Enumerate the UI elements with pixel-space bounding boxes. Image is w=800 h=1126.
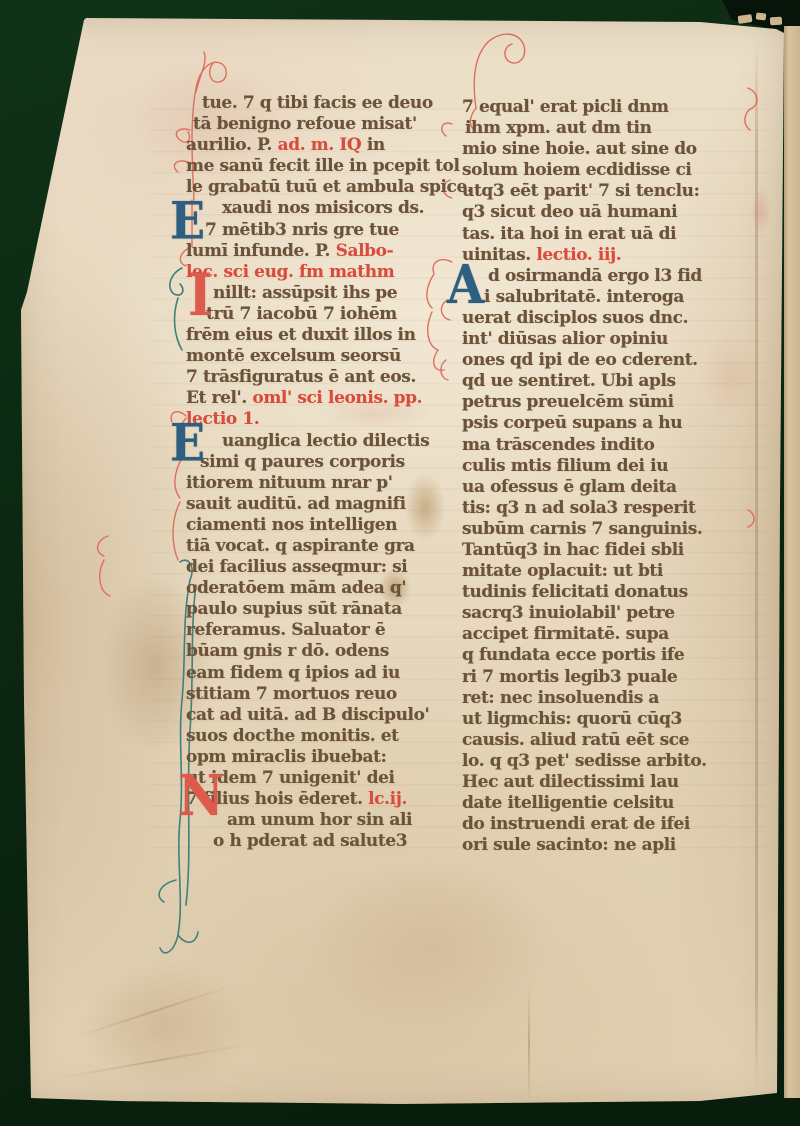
body-text: tis: q3 n ad sola3 resperit (462, 498, 695, 518)
body-text: referamus. Saluator ē (186, 620, 385, 640)
manuscript-text-line: uanglica lectio dilectis (186, 431, 474, 452)
body-text: uerat disciplos suos dnc. (462, 308, 688, 328)
manuscript-text-line: referamus. Saluator ē (186, 620, 474, 641)
rubric-text: lc.ij. (368, 789, 407, 809)
manuscript-text-line: sacrq3 inuiolabil' petre (462, 603, 750, 624)
body-text: 7 equal' erat picli dnm (462, 97, 669, 117)
rubric-text: lec. sci eug. fm mathm (186, 262, 394, 282)
manuscript-text-line: tudinis felicitati donatus (462, 582, 750, 603)
manuscript-text-line: mio sine hoie. aut sine do (462, 139, 750, 160)
manuscript-text-line: Et rel'. oml' sci leonis. pp. (186, 388, 474, 409)
body-text: paulo supius sūt rānata (186, 599, 402, 619)
manuscript-text-line: q3 sicut deo uā humani (462, 202, 750, 223)
body-text: ut ligmchis: quorū cūq3 (462, 709, 682, 729)
body-text: psis corpeū supans a hu (462, 413, 682, 433)
body-text: eam fidem q ipios ad iu (186, 663, 400, 683)
body-text: nillt: assūpsit ihs pe (213, 283, 397, 303)
manuscript-text-line: q fundata ecce portis ife (462, 645, 750, 666)
manuscript-text-line: ciamenti nos intelligen (186, 515, 474, 536)
body-text: in (361, 135, 385, 155)
body-text: tā benigno refoue misat' (193, 114, 417, 134)
manuscript-text-line: mitate oplacuit: ut bti (462, 561, 750, 582)
body-text: subūm carnis 7 sanguinis. (462, 519, 702, 539)
manuscript-text-line: opm miraclis ibuebat: (186, 747, 474, 768)
body-text: itiorem nituum nrar p' (186, 473, 393, 493)
manuscript-text-line: ihm xpm. aut dm tin (462, 118, 750, 139)
body-text: utq3 eēt parit' 7 si tenclu: (462, 181, 700, 201)
body-text: cat ad uitā. ad B discipulo' (186, 705, 429, 725)
manuscript-text-line: nillt: assūpsit ihs pe (186, 283, 474, 304)
manuscript-text-line: trū 7 iacobū 7 iohēm (186, 304, 474, 325)
manuscript-text-line: stitiam 7 mortuos reuo (186, 684, 474, 705)
body-text: sacrq3 inuiolabil' petre (462, 603, 675, 623)
manuscript-text-line: d osirmandā ergo l3 fid (462, 266, 750, 287)
body-text: o h pderat ad salute3 (213, 831, 407, 851)
body-text: ciamenti nos intelligen (186, 515, 397, 535)
body-text: am unum hor sin ali (227, 810, 412, 830)
manuscript-text-line: ret: nec insoluendis a (462, 688, 750, 709)
torn-paper-bit (770, 17, 783, 26)
torn-paper-bit (756, 12, 767, 20)
manuscript-text-line: paulo supius sūt rānata (186, 599, 474, 620)
body-text: frēm eius et duxit illos in (186, 325, 416, 345)
manuscript-text-line: ri 7 mortis legib3 puale (462, 667, 750, 688)
body-text: q3 sicut deo uā humani (462, 202, 677, 222)
manuscript-text-line: 7 mētib3 nris gre tue (186, 220, 474, 241)
body-text: Et rel'. (186, 388, 252, 408)
body-text: būam gnis r dō. odens (186, 641, 389, 661)
body-text: Tantūq3 in hac fidei sbli (462, 540, 684, 560)
manuscript-text-line: suos docthe monitis. et (186, 726, 474, 747)
body-text: xaudi nos misicors ds. (222, 198, 424, 218)
manuscript-text-line: 7 trāsfiguratus ē ant eos. (186, 367, 474, 388)
body-text: ua ofessus ē glam deita (462, 477, 677, 497)
illuminated-initial-e: E (170, 417, 205, 469)
body-text: dei facilius asseqmur: si (186, 557, 407, 577)
manuscript-text-line: dei facilius asseqmur: si (186, 557, 474, 578)
manuscript-text-line: 7 equal' erat picli dnm (462, 97, 750, 118)
manuscript-text-line: xaudi nos misicors ds. (186, 198, 474, 219)
manuscript-text-line: tis: q3 n ad sola3 resperit (462, 498, 750, 519)
manuscript-photo-scene: tue. 7 q tibi facis ee deuotā benigno re… (0, 0, 800, 1126)
manuscript-text-line: subūm carnis 7 sanguinis. (462, 519, 750, 540)
manuscript-text-line: tas. ita hoi in erat uā di (462, 224, 750, 245)
body-text: tudinis felicitati donatus (462, 582, 688, 602)
body-text: ri 7 mortis legib3 puale (462, 667, 677, 687)
manuscript-text-line: 7 filius hois ēderet. lc.ij. (186, 789, 474, 810)
manuscript-text-line: tā benigno refoue misat' (186, 114, 474, 135)
body-text: tue. 7 q tibi facis ee deuo (202, 93, 433, 113)
manuscript-text-line: ut idem 7 unigenit' dei (186, 768, 474, 789)
manuscript-text-line: psis corpeū supans a hu (462, 413, 750, 434)
illuminated-initial-a: A (447, 258, 484, 312)
body-text: lo. q q3 pet' sedisse arbito. (462, 751, 707, 771)
body-text: ihm xpm. aut dm tin (465, 118, 652, 138)
body-text: ma trāscendes indito (462, 435, 654, 455)
illuminated-initial-e: E (170, 195, 205, 247)
manuscript-text-line: lec. sci eug. fm mathm (186, 262, 474, 283)
manuscript-text-line: ones qd ipi de eo cderent. (462, 350, 750, 371)
body-text: tas. ita hoi in erat uā di (462, 224, 676, 244)
body-text: d osirmandā ergo l3 fid (488, 266, 702, 286)
manuscript-text-line: i salubritatē. interoga (462, 287, 750, 308)
manuscript-text-line: do instruendi erat de ifei (462, 814, 750, 835)
manuscript-text-line: causis. aliud ratū eēt sce (462, 730, 750, 751)
body-text: q fundata ecce portis ife (462, 645, 684, 665)
body-text: aurilio. P. (186, 135, 278, 155)
body-text: suos docthe monitis. et (186, 726, 399, 746)
manuscript-text-line: am unum hor sin ali (186, 810, 474, 831)
body-text: tiā vocat. q aspirante gra (186, 536, 415, 556)
body-text: ret: nec insoluendis a (462, 688, 659, 708)
body-text: mitate oplacuit: ut bti (462, 561, 663, 581)
manuscript-text-line: frēm eius et duxit illos in (186, 325, 474, 346)
right-text-column: 7 equal' erat picli dnmihm xpm. aut dm t… (462, 97, 750, 856)
body-text: 7 mētib3 nris gre tue (205, 220, 399, 240)
body-text: qd ue sentiret. Ubi apls (462, 371, 676, 391)
manuscript-text-line: date itelligentie celsitu (462, 793, 750, 814)
body-text: sauit auditū. ad magnifi (186, 494, 406, 514)
manuscript-text-line: accipet firmitatē. supa (462, 624, 750, 645)
body-text: stitiam 7 mortuos reuo (186, 684, 397, 704)
body-text: ori sule sacinto: ne apli (462, 835, 676, 855)
manuscript-text-line: ua ofessus ē glam deita (462, 477, 750, 498)
manuscript-text-line: eam fidem q ipios ad iu (186, 663, 474, 684)
body-text: culis mtis filium dei iu (462, 456, 668, 476)
manuscript-text-line: tiā vocat. q aspirante gra (186, 536, 474, 557)
body-text: solum hoiem ecdidisse ci (462, 160, 691, 180)
body-text: mio sine hoie. aut sine do (462, 139, 697, 159)
manuscript-text-line: oderatōem mām adea q' (186, 578, 474, 599)
body-text: accipet firmitatē. supa (462, 624, 669, 644)
body-text: petrus preuelcēm sūmi (462, 392, 674, 412)
rubric-text: ad. m. IQ (278, 135, 362, 155)
manuscript-text-line: utq3 eēt parit' 7 si tenclu: (462, 181, 750, 202)
manuscript-text-line: simi q paures corporis (186, 452, 474, 473)
manuscript-text-line: montē excelsum seorsū (186, 346, 474, 367)
body-text: trū 7 iacobū 7 iohēm (206, 304, 397, 324)
body-text: causis. aliud ratū eēt sce (462, 730, 689, 750)
manuscript-text-line: o h pderat ad salute3 (186, 831, 474, 852)
illuminated-initial-n: N (178, 768, 224, 824)
manuscript-text-line: tue. 7 q tibi facis ee deuo (186, 93, 474, 114)
following-leaves-edge (784, 26, 800, 1098)
body-text: uanglica lectio dilectis (222, 431, 429, 451)
body-text: simi q paures corporis (200, 452, 405, 472)
body-text: int' diūsas alior opiniu (462, 329, 668, 349)
manuscript-text-line: aurilio. P. ad. m. IQ in (186, 135, 474, 156)
manuscript-text-line: culis mtis filium dei iu (462, 456, 750, 477)
manuscript-page: tue. 7 q tibi facis ee deuotā benigno re… (0, 0, 800, 1126)
manuscript-text-line: me sanū fecit ille in pcepit tol (186, 156, 474, 177)
manuscript-text-line: ori sule sacinto: ne apli (462, 835, 750, 856)
manuscript-text-line: ut ligmchis: quorū cūq3 (462, 709, 750, 730)
manuscript-text-line: lectio 1. (186, 409, 474, 430)
manuscript-text-line: solum hoiem ecdidisse ci (462, 160, 750, 181)
rubric-text: oml' sci leonis. pp. (252, 388, 422, 408)
manuscript-text-line: int' diūsas alior opiniu (462, 329, 750, 350)
body-text: do instruendi erat de ifei (462, 814, 690, 834)
body-text: i salubritatē. interoga (484, 287, 684, 307)
body-text: lumī infunde. P. (186, 241, 336, 261)
manuscript-text-line: le grabatū tuū et ambula spice. (186, 177, 474, 198)
rubric-text: Salbo- (336, 241, 394, 261)
illuminated-initial-i: I (188, 267, 212, 325)
manuscript-text-line: itiorem nituum nrar p' (186, 473, 474, 494)
manuscript-text-line: sauit auditū. ad magnifi (186, 494, 474, 515)
manuscript-text-line: ma trāscendes indito (462, 435, 750, 456)
body-text: 7 trāsfiguratus ē ant eos. (186, 367, 416, 387)
manuscript-text-line: uerat disciplos suos dnc. (462, 308, 750, 329)
manuscript-text-line: lo. q q3 pet' sedisse arbito. (462, 751, 750, 772)
body-text: ones qd ipi de eo cderent. (462, 350, 698, 370)
body-text: date itelligentie celsitu (462, 793, 674, 813)
body-text: Hec aut dilectissimi lau (462, 772, 679, 792)
manuscript-text-line: lumī infunde. P. Salbo- (186, 241, 474, 262)
manuscript-text-line: cat ad uitā. ad B discipulo' (186, 705, 474, 726)
body-text: me sanū fecit ille in pcepit tol (186, 156, 460, 176)
manuscript-text-line: Hec aut dilectissimi lau (462, 772, 750, 793)
manuscript-text-line: Tantūq3 in hac fidei sbli (462, 540, 750, 561)
manuscript-text-line: uinitas. lectio. iij. (462, 245, 750, 266)
manuscript-text-line: qd ue sentiret. Ubi apls (462, 371, 750, 392)
manuscript-text-line: petrus preuelcēm sūmi (462, 392, 750, 413)
body-text: le grabatū tuū et ambula spice. (186, 177, 472, 197)
body-text: montē excelsum seorsū (186, 346, 401, 366)
rubric-text: lectio. iij. (536, 245, 621, 265)
body-text: oderatōem mām adea q' (186, 578, 406, 598)
manuscript-text-line: būam gnis r dō. odens (186, 641, 474, 662)
left-text-column: tue. 7 q tibi facis ee deuotā benigno re… (186, 93, 474, 852)
